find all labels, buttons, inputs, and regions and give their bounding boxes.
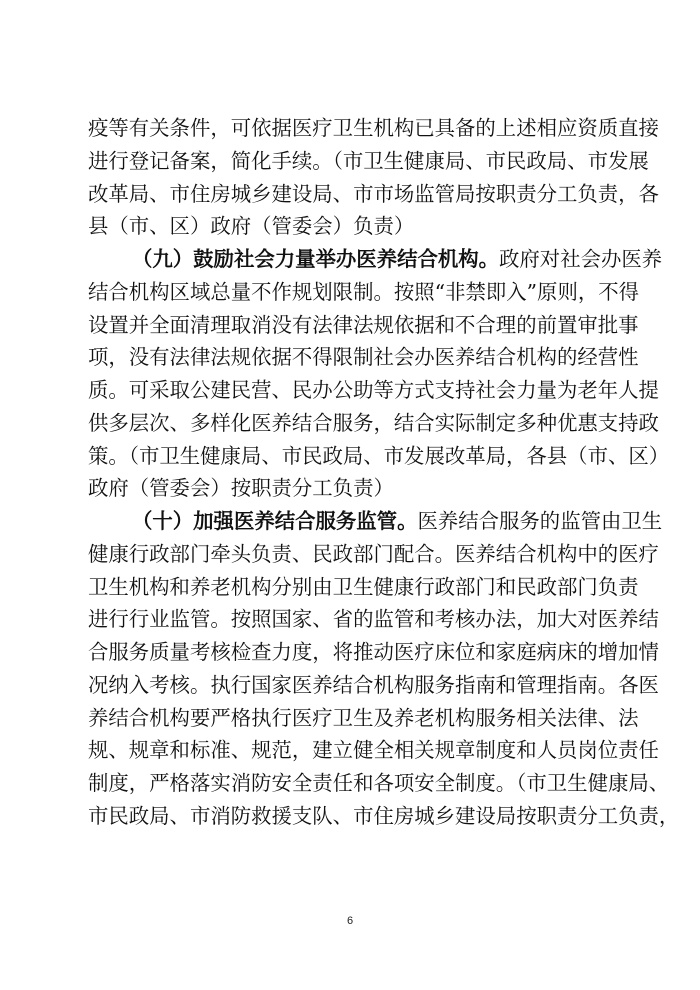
text-line: （九）鼓励社会力量举办医养结合机构。政府对社会办医养 [88,243,616,276]
text-line: 卫生机构和养老机构分别由卫生健康行政部门和民政部门负责 [88,571,616,604]
text-line: 县（市、区）政府（管委会）负责） [88,210,616,243]
text-line: 合服务质量考核检查力度，将推动医疗床位和家庭病床的增加情 [88,636,616,669]
text-line: 况纳入考核。执行国家医养结合机构服务指南和管理指南。各医 [88,669,616,702]
text-line: 设置并全面清理取消没有法律法规依据和不合理的前置审批事 [88,309,616,342]
text-line: 养结合机构要严格执行医疗卫生及养老机构服务相关法律、法 [88,702,616,735]
text-line: 市民政局、市消防救援支队、市住房城乡建设局按职责分工负责， [88,800,616,833]
text-line: 进行登记备案，简化手续。（市卫生健康局、市民政局、市发展 [88,145,616,178]
text-line: 规、规章和标准、规范，建立健全相关规章制度和人员岗位责任 [88,734,616,767]
text-run: 医养结合服务的监管由卫生 [417,509,662,533]
text-line: 改革局、市住房城乡建设局、市市场监管局按职责分工负责，各 [88,178,616,211]
section-heading: （十）加强医养结合服务监管。 [132,509,417,533]
text-line: 策。（市卫生健康局、市民政局、市发展改革局，各县（市、区） [88,440,616,473]
text-line: 疫等有关条件，可依据医疗卫生机构已具备的上述相应资质直接 [88,112,616,145]
text-line: 项，没有法律法规依据不得限制社会办医养结合机构的经营性 [88,341,616,374]
text-line: 进行行业监管。按照国家、省的监管和考核办法，加大对医养结 [88,603,616,636]
text-line: 质。可采取公建民营、民办公助等方式支持社会力量为老年人提 [88,374,616,407]
text-line: 供多层次、多样化医养结合服务，结合实际制定多种优惠支持政 [88,407,616,440]
paragraph-item-10: （十）加强医养结合服务监管。医养结合服务的监管由卫生 健康行政部门牵头负责、民政… [88,505,616,833]
text-line: （十）加强医养结合服务监管。医养结合服务的监管由卫生 [88,505,616,538]
page-number: 6 [0,915,700,927]
text-line: 结合机构区域总量不作规划限制。按照“非禁即入”原则，不得 [88,276,616,309]
section-heading: （九）鼓励社会力量举办医养结合机构。 [132,247,499,271]
text-line: 制度，严格落实消防安全责任和各项安全制度。（市卫生健康局、 [88,767,616,800]
document-body: 疫等有关条件，可依据医疗卫生机构已具备的上述相应资质直接 进行登记备案，简化手续… [88,112,616,833]
text-run: 政府对社会办医养 [499,247,662,271]
paragraph-continuation: 疫等有关条件，可依据医疗卫生机构已具备的上述相应资质直接 进行登记备案，简化手续… [88,112,616,243]
paragraph-item-9: （九）鼓励社会力量举办医养结合机构。政府对社会办医养 结合机构区域总量不作规划限… [88,243,616,505]
text-line: 健康行政部门牵头负责、民政部门配合。医养结合机构中的医疗 [88,538,616,571]
text-line: 政府（管委会）按职责分工负责） [88,472,616,505]
